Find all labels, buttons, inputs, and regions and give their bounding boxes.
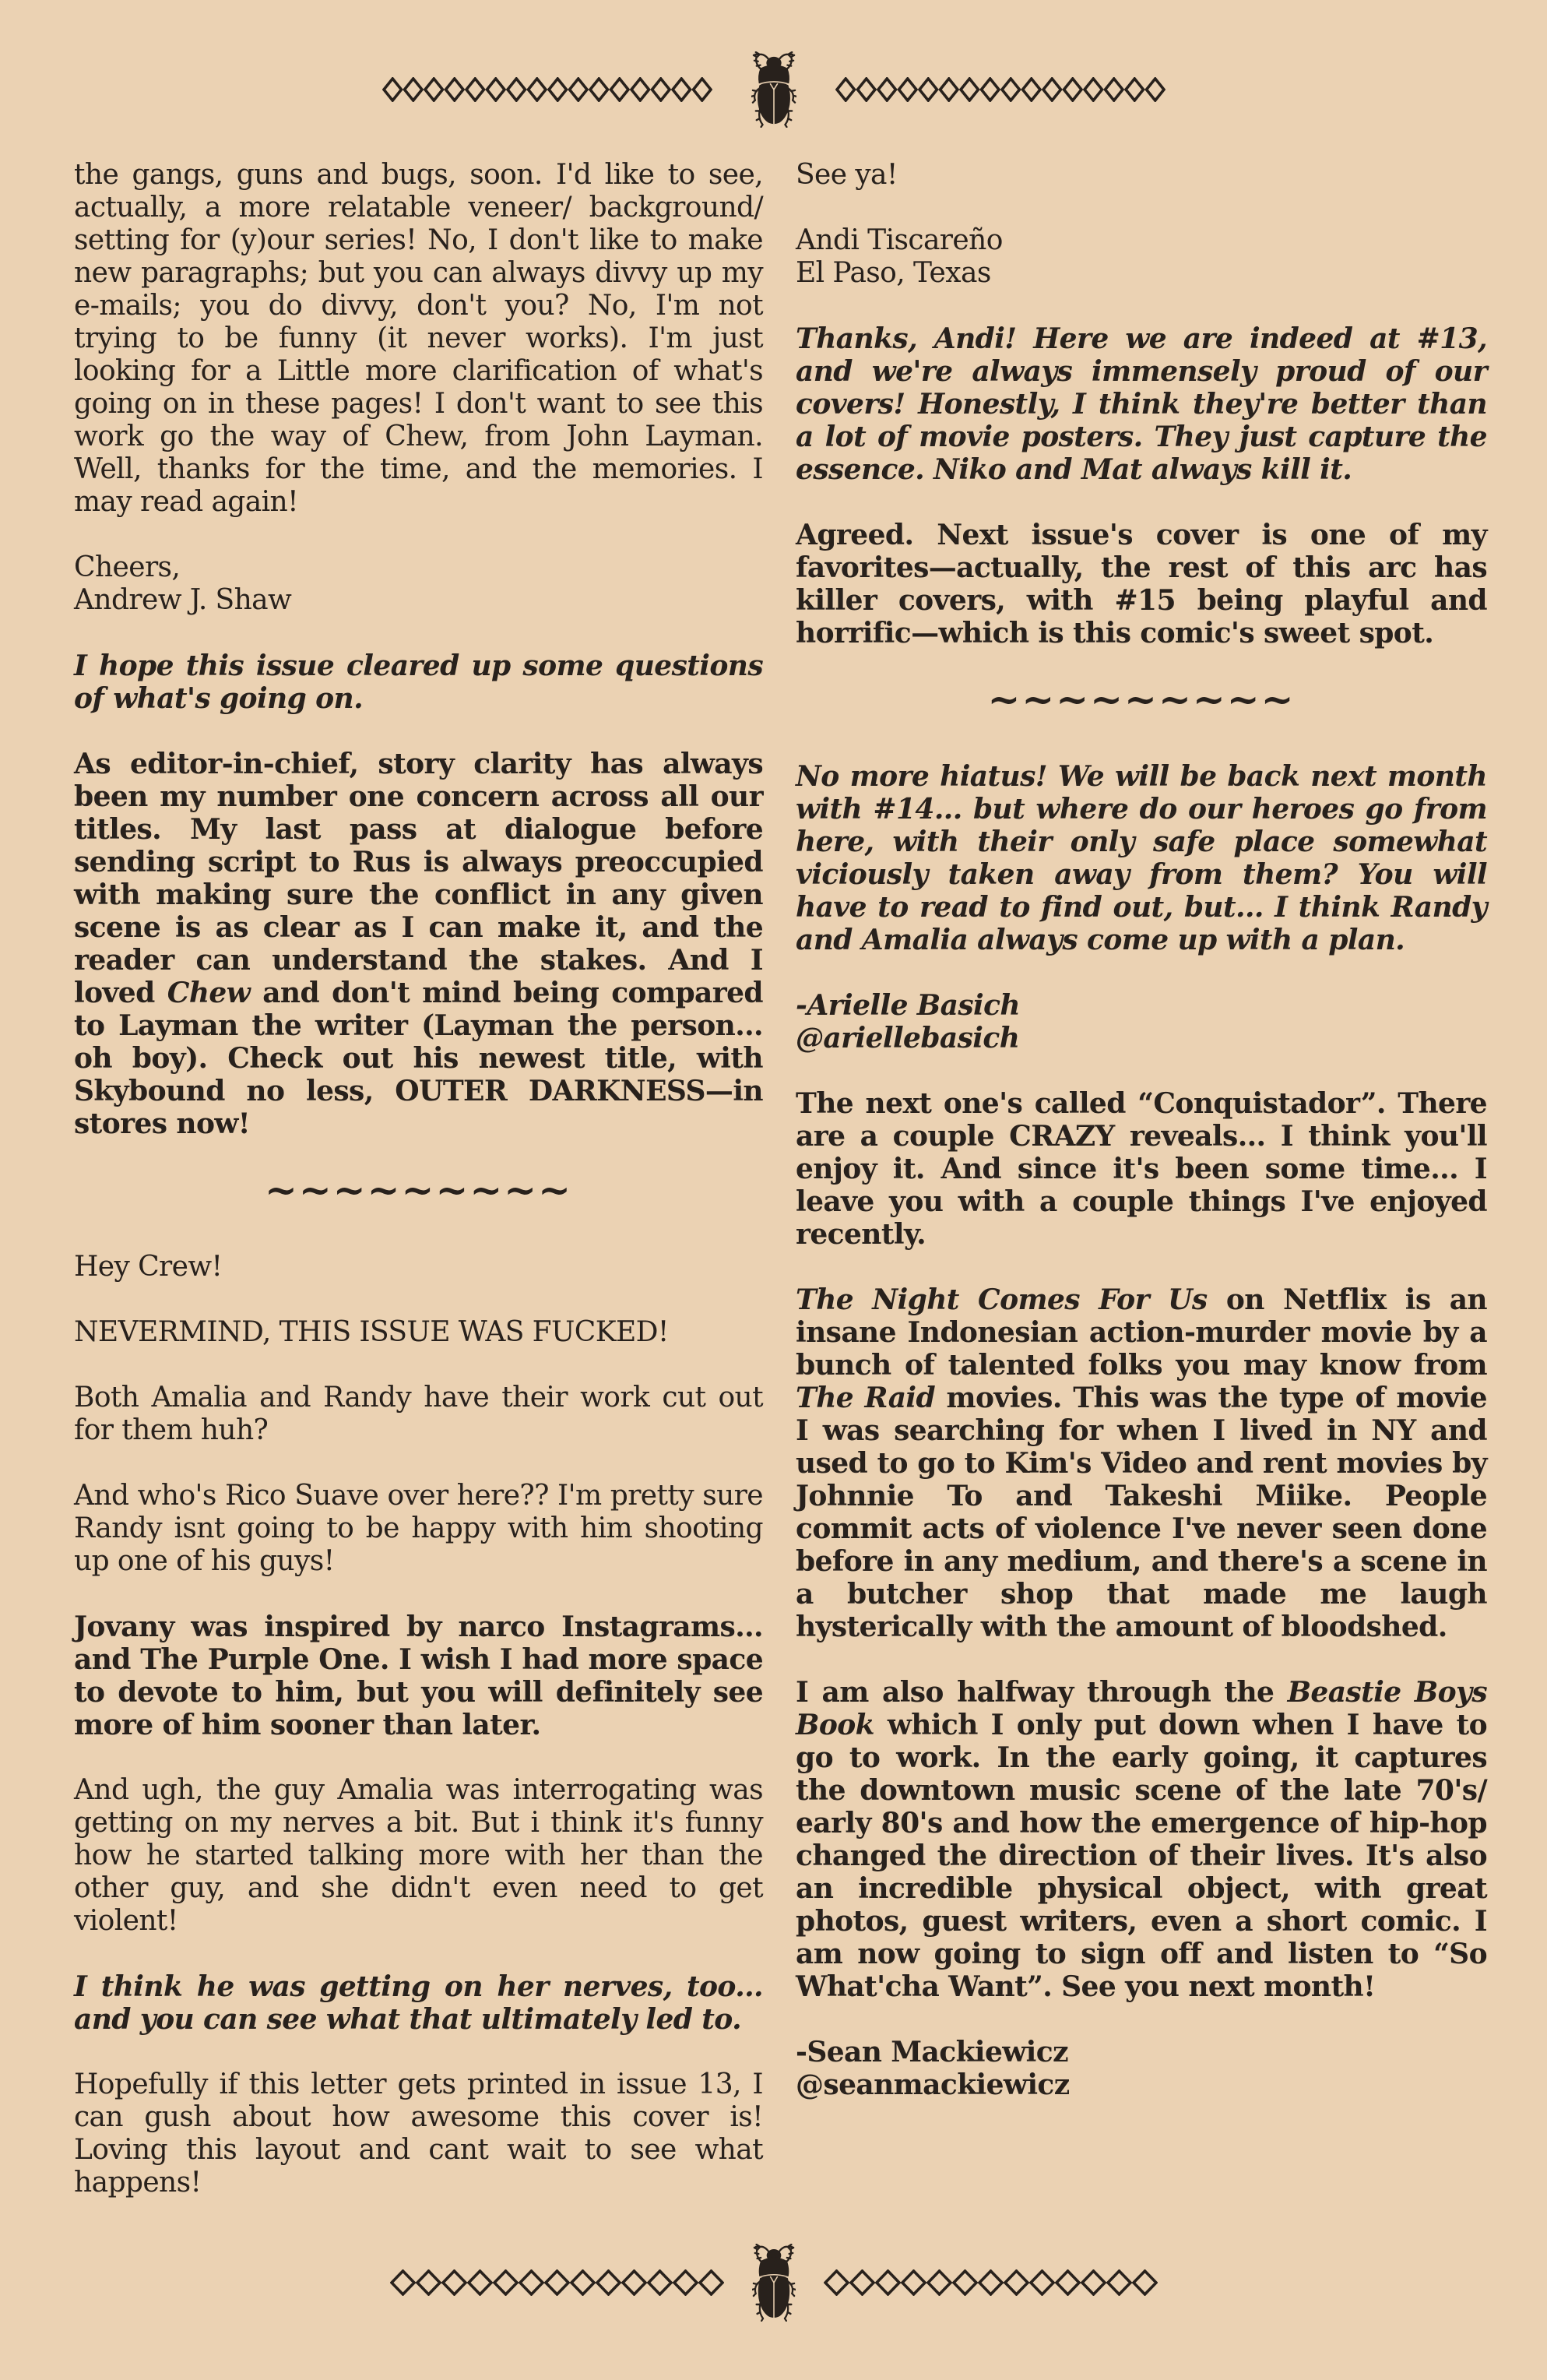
paragraph-text: See ya!: [796, 159, 898, 191]
paragraph-text: Hey Crew!: [74, 1251, 222, 1283]
diamond-chain: [382, 77, 712, 102]
tilde-divider-glyphs: ~~~~~~~~~: [987, 676, 1295, 722]
scarab-beetle-icon: [751, 51, 796, 128]
italic-title-text: The Night Comes For Us: [796, 1283, 1208, 1316]
letter-paragraph: And who's Rico Suave over here?? I'm pre…: [74, 1480, 763, 1578]
editor-sean-paragraph: -Sean Mackiewicz @seanmackiewicz: [796, 2036, 1487, 2101]
tilde-divider: ~~~~~~~~~: [74, 1176, 763, 1204]
paragraph-text: which I only put down when I have to go …: [796, 1709, 1487, 2003]
paragraph-text: NEVERMIND, THIS ISSUE WAS FUCKED!: [74, 1316, 669, 1348]
paragraph-text: Andi Tiscareño El Paso, Texas: [796, 224, 1003, 289]
paragraph-text: I hope this issue cleared up some questi…: [74, 650, 763, 715]
editor-arielle-paragraph: I think he was getting on her nerves, to…: [74, 1970, 763, 2036]
paragraph-text: Cheers, Andrew J. Shaw: [74, 551, 291, 616]
letter-paragraph: Both Amalia and Randy have their work cu…: [74, 1382, 763, 1447]
editor-sean-paragraph: The Night Comes For Us on Netflix is an …: [796, 1283, 1487, 1643]
editor-sean-paragraph: As editor-in-chief, story clarity has al…: [74, 748, 763, 1140]
bottom-border-decoration: [0, 2224, 1547, 2341]
letter-paragraph: Cheers, Andrew J. Shaw: [74, 551, 763, 617]
letter-paragraph: Hey Crew!: [74, 1251, 763, 1283]
diamond-chain: [390, 2269, 724, 2296]
paragraph-text: As editor-in-chief, story clarity has al…: [74, 748, 763, 1009]
editor-sean-paragraph: The next one's called “Conquistador”. Th…: [796, 1087, 1487, 1251]
letter-paragraph: And ugh, the guy Amalia was interrogatin…: [74, 1774, 763, 1938]
tilde-divider: ~~~~~~~~~: [796, 685, 1487, 713]
editor-sean-paragraph: Agreed. Next issue's cover is one of my …: [796, 519, 1487, 650]
paragraph-text: Thanks, Andi! Here we are indeed at #13,…: [796, 322, 1487, 486]
scarab-beetle-icon: [752, 2244, 796, 2322]
editor-arielle-paragraph: I hope this issue cleared up some questi…: [74, 650, 763, 715]
editor-sean-paragraph: I am also halfway through the Beastie Bo…: [796, 1676, 1487, 2003]
editor-arielle-paragraph: Thanks, Andi! Here we are indeed at #13,…: [796, 322, 1487, 486]
paragraph-text: Both Amalia and Randy have their work cu…: [74, 1382, 763, 1446]
paragraph-text: I am also halfway through the: [796, 1676, 1288, 1709]
paragraph-text: And ugh, the guy Amalia was interrogatin…: [74, 1774, 763, 1937]
letter-paragraph: NEVERMIND, THIS ISSUE WAS FUCKED!: [74, 1316, 763, 1349]
italic-title-text: The Raid: [796, 1382, 935, 1414]
letters-column-left: the gangs, guns and bugs, soon. I'd like…: [74, 159, 763, 2232]
paragraph-text: -Sean Mackiewicz @seanmackiewicz: [796, 2036, 1070, 2101]
letters-column-right: See ya!Andi Tiscareño El Paso, TexasThan…: [796, 159, 1487, 2134]
top-border-decoration: [0, 31, 1547, 148]
paragraph-text: I think he was getting on her nerves, to…: [74, 1970, 763, 2036]
paragraph-text: And who's Rico Suave over here?? I'm pre…: [74, 1480, 763, 1577]
editor-arielle-paragraph: -Arielle Basich @ariellebasich: [796, 989, 1487, 1054]
letter-paragraph: Andi Tiscareño El Paso, Texas: [796, 224, 1487, 290]
paragraph-text: movies. This was the type of movie I was…: [796, 1382, 1487, 1643]
paragraph-text: No more hiatus! We will be back next mon…: [796, 760, 1487, 956]
letter-paragraph: the gangs, guns and bugs, soon. I'd like…: [74, 159, 763, 519]
italic-title-text: Chew: [167, 977, 250, 1009]
diamond-chain: [835, 77, 1166, 102]
paragraph-text: Hopefully if this letter gets printed in…: [74, 2068, 763, 2199]
letters-page: the gangs, guns and bugs, soon. I'd like…: [0, 0, 1547, 2380]
paragraph-text: the gangs, guns and bugs, soon. I'd like…: [74, 159, 763, 518]
editor-arielle-paragraph: No more hiatus! We will be back next mon…: [796, 760, 1487, 956]
letter-paragraph: See ya!: [796, 159, 1487, 192]
paragraph-text: -Arielle Basich @ariellebasich: [796, 989, 1020, 1054]
paragraph-text: The next one's called “Conquistador”. Th…: [796, 1087, 1487, 1251]
paragraph-text: Jovany was inspired by narco Instagrams.…: [74, 1611, 763, 1741]
tilde-divider-glyphs: ~~~~~~~~~: [265, 1167, 572, 1213]
letter-paragraph: Hopefully if this letter gets printed in…: [74, 2068, 763, 2199]
diamond-chain: [824, 2269, 1158, 2296]
editor-sean-paragraph: Jovany was inspired by narco Instagrams.…: [74, 1611, 763, 1741]
paragraph-text: Agreed. Next issue's cover is one of my …: [796, 519, 1487, 650]
